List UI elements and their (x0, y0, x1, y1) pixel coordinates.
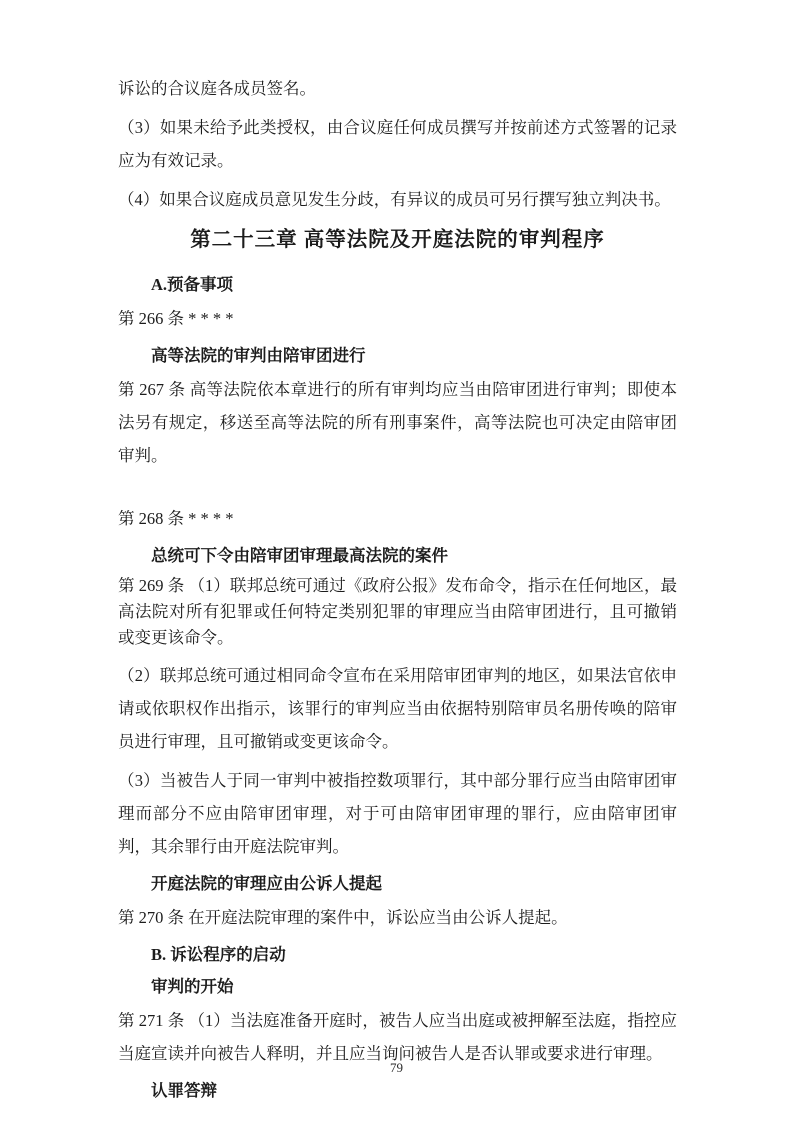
section-heading: A.预备事项 (118, 270, 677, 300)
section-heading: 审判的开始 (118, 972, 677, 1002)
paragraph: （3）当被告人于同一审判中被指控数项罪行，其中部分罪行应当由陪审团审理而部分不应… (118, 764, 677, 863)
document-page: 诉讼的合议庭各成员签名。（3）如果未给予此类授权，由合议庭任何成员撰写并按前述方… (0, 0, 793, 1122)
document-content: 诉讼的合议庭各成员签名。（3）如果未给予此类授权，由合议庭任何成员撰写并按前述方… (118, 72, 677, 1108)
section-heading: 开庭法院的审理应由公诉人提起 (118, 869, 677, 899)
paragraph: （3）如果未给予此类授权，由合议庭任何成员撰写并按前述方式签署的记录应为有效记录… (118, 111, 677, 177)
paragraph: 第 267 条 高等法院依本章进行的所有审判均应当由陪审团进行审判；即使本法另有… (118, 373, 677, 472)
spacer (118, 478, 677, 502)
section-heading: 总统可下令由陪审团审理最高法院的案件 (118, 541, 677, 571)
paragraph: 诉讼的合议庭各成员签名。 (118, 72, 677, 105)
paragraph: 第 269 条 （1）联邦总统可通过《政府公报》发布命令，指示在任何地区，最高法… (118, 573, 677, 651)
paragraph: 第 268 条 * * * * (118, 502, 677, 535)
paragraph: 第 270 条 在开庭法院审理的案件中，诉讼应当由公诉人提起。 (118, 901, 677, 934)
chapter-heading: 第二十三章 高等法院及开庭法院的审判程序 (118, 224, 677, 256)
section-heading: B. 诉讼程序的启动 (118, 940, 677, 970)
paragraph: （2）联邦总统可通过相同命令宣布在采用陪审团审判的地区，如果法官依申请或依职权作… (118, 659, 677, 758)
paragraph: （4）如果合议庭成员意见发生分歧，有异议的成员可另行撰写独立判决书。 (118, 183, 677, 216)
section-heading: 高等法院的审判由陪审团进行 (118, 341, 677, 371)
page-number: 79 (0, 1060, 793, 1076)
paragraph: 第 266 条 * * * * (118, 302, 677, 335)
section-heading: 认罪答辩 (118, 1076, 677, 1106)
